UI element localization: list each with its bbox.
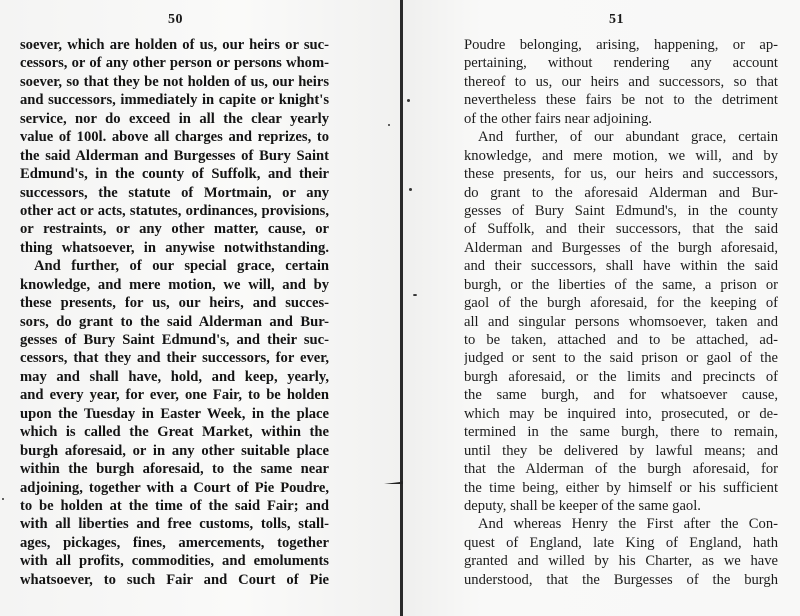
text-line: do grant to the aforesaid Alderman and B… xyxy=(464,184,778,202)
text-line: and every year, for ever, one Fair, to b… xyxy=(20,386,329,404)
text-line: these presents, for us, our heirs and su… xyxy=(464,165,778,183)
text-line: the same burgh, and for whatsoever cause… xyxy=(464,386,778,404)
text-line: judged or sent to the said prison or gao… xyxy=(464,349,778,367)
text-line: gaol of the burgh aforesaid, for the kee… xyxy=(464,294,778,312)
right-page-text: Poudre belonging, arising, happening, or… xyxy=(464,36,778,589)
text-line: and successors, immediately in capite or… xyxy=(20,91,329,109)
text-line: quest of England, late King of England, … xyxy=(464,534,778,552)
text-line: of the other fairs near adjoining. xyxy=(464,110,778,128)
text-line: to be holden at the time of the said Fai… xyxy=(20,497,329,515)
print-speck xyxy=(409,188,412,191)
text-line: ages, pickages, fines, amercements, toge… xyxy=(20,534,329,552)
left-page: 50 soever, which are holden of us, our h… xyxy=(0,0,400,616)
text-line: with all liberties and free customs, tol… xyxy=(20,515,329,533)
text-line: burgh, or the liberties of the same, a p… xyxy=(464,276,778,294)
text-line: cessors, that they and their successors,… xyxy=(20,349,329,367)
text-line: to be taken, attached and to be attached… xyxy=(464,331,778,349)
text-line: cessors, or of any other person or perso… xyxy=(20,54,329,72)
text-line: soever, which are holden of us, our heir… xyxy=(20,36,329,54)
print-speck xyxy=(388,124,390,126)
text-line: knowledge, and mere motion, we will, and… xyxy=(464,147,778,165)
text-line: pertaining, without rendering any accoun… xyxy=(464,54,778,72)
text-line: burgh aforesaid, or the limits and preci… xyxy=(464,368,778,386)
text-line: of Suffolk, and their successors, that t… xyxy=(464,220,778,238)
paragraph-start-line: And further, of our abundant grace, cert… xyxy=(464,128,778,146)
text-line: these presents, for us, our heirs, and s… xyxy=(20,294,329,312)
text-line: thing whatsoever, in anywise notwithstan… xyxy=(20,239,329,257)
text-line: upon the Tuesday in Easter Week, in the … xyxy=(20,405,329,423)
page-number-left: 50 xyxy=(168,12,183,28)
text-line: Poudre belonging, arising, happening, or… xyxy=(464,36,778,54)
text-line: soever, so that they be not holden of us… xyxy=(20,73,329,91)
text-line: with all profits, commodities, and emolu… xyxy=(20,552,329,570)
text-line: burgh aforesaid, or in any other suitabl… xyxy=(20,442,329,460)
print-speck xyxy=(413,294,417,296)
text-line: thereof to us, our heirs and successors,… xyxy=(464,73,778,91)
text-line: value of 100l. above all charges and rep… xyxy=(20,128,329,146)
text-line: Edmund's, in the county of Suffolk, and … xyxy=(20,165,329,183)
paragraph-start-line: And whereas Henry the First after the Co… xyxy=(464,515,778,533)
left-page-text: soever, which are holden of us, our heir… xyxy=(20,36,329,589)
page-number-right: 51 xyxy=(609,12,624,28)
text-line: granted and willed by his Charter, as we… xyxy=(464,552,778,570)
book-spread: 50 soever, which are holden of us, our h… xyxy=(0,0,800,616)
text-line: knowledge, and mere motion, we will, and… xyxy=(20,276,329,294)
print-speck xyxy=(2,498,4,500)
text-line: gesses of Bury Saint Edmund's, in the co… xyxy=(464,202,778,220)
text-line: gesses of Bury Saint Edmund's, and their… xyxy=(20,331,329,349)
text-line: other act or acts, statutes, ordinances,… xyxy=(20,202,329,220)
paragraph-start-line: And further, of our special grace, certa… xyxy=(20,257,329,275)
text-line: that the Alderman of the burgh aforesaid… xyxy=(464,460,778,478)
text-line: which may be inquired into, prosecuted, … xyxy=(464,405,778,423)
text-line: sors, do grant to the said Alderman and … xyxy=(20,313,329,331)
text-line: adjoining, together with a Court of Pie … xyxy=(20,479,329,497)
print-speck xyxy=(407,99,410,102)
text-line: all and singular persons whomsoever, tak… xyxy=(464,313,778,331)
text-line: the time being, either by himself or his… xyxy=(464,479,778,497)
text-line: which is called the Great Market, within… xyxy=(20,423,329,441)
text-line: successors, the statute of Mortmain, or … xyxy=(20,184,329,202)
text-line: until they be delivered by lawful means;… xyxy=(464,442,778,460)
text-line: service, nor do exceed in all the clear … xyxy=(20,110,329,128)
text-line: understood, that the Burgesses of the bu… xyxy=(464,571,778,589)
text-line: within the burgh aforesaid, to the same … xyxy=(20,460,329,478)
text-line: termined in the same burgh, there to rem… xyxy=(464,423,778,441)
text-line: Alderman and Burgesses of the burgh afor… xyxy=(464,239,778,257)
text-line: deputy, shall be keeper of the same gaol… xyxy=(464,497,778,515)
text-line: may and shall have, hold, and keep, year… xyxy=(20,368,329,386)
text-line: whatsoever, to such Fair and Court of Pi… xyxy=(20,571,329,589)
text-line: the said Alderman and Burgesses of Bury … xyxy=(20,147,329,165)
text-line: and their successors, shall have within … xyxy=(464,257,778,275)
text-line: nevertheless these fairs be not to the d… xyxy=(464,91,778,109)
text-line: or restraints, or any other matter, caus… xyxy=(20,220,329,238)
right-page: 51 Poudre belonging, arising, happening,… xyxy=(403,0,800,616)
